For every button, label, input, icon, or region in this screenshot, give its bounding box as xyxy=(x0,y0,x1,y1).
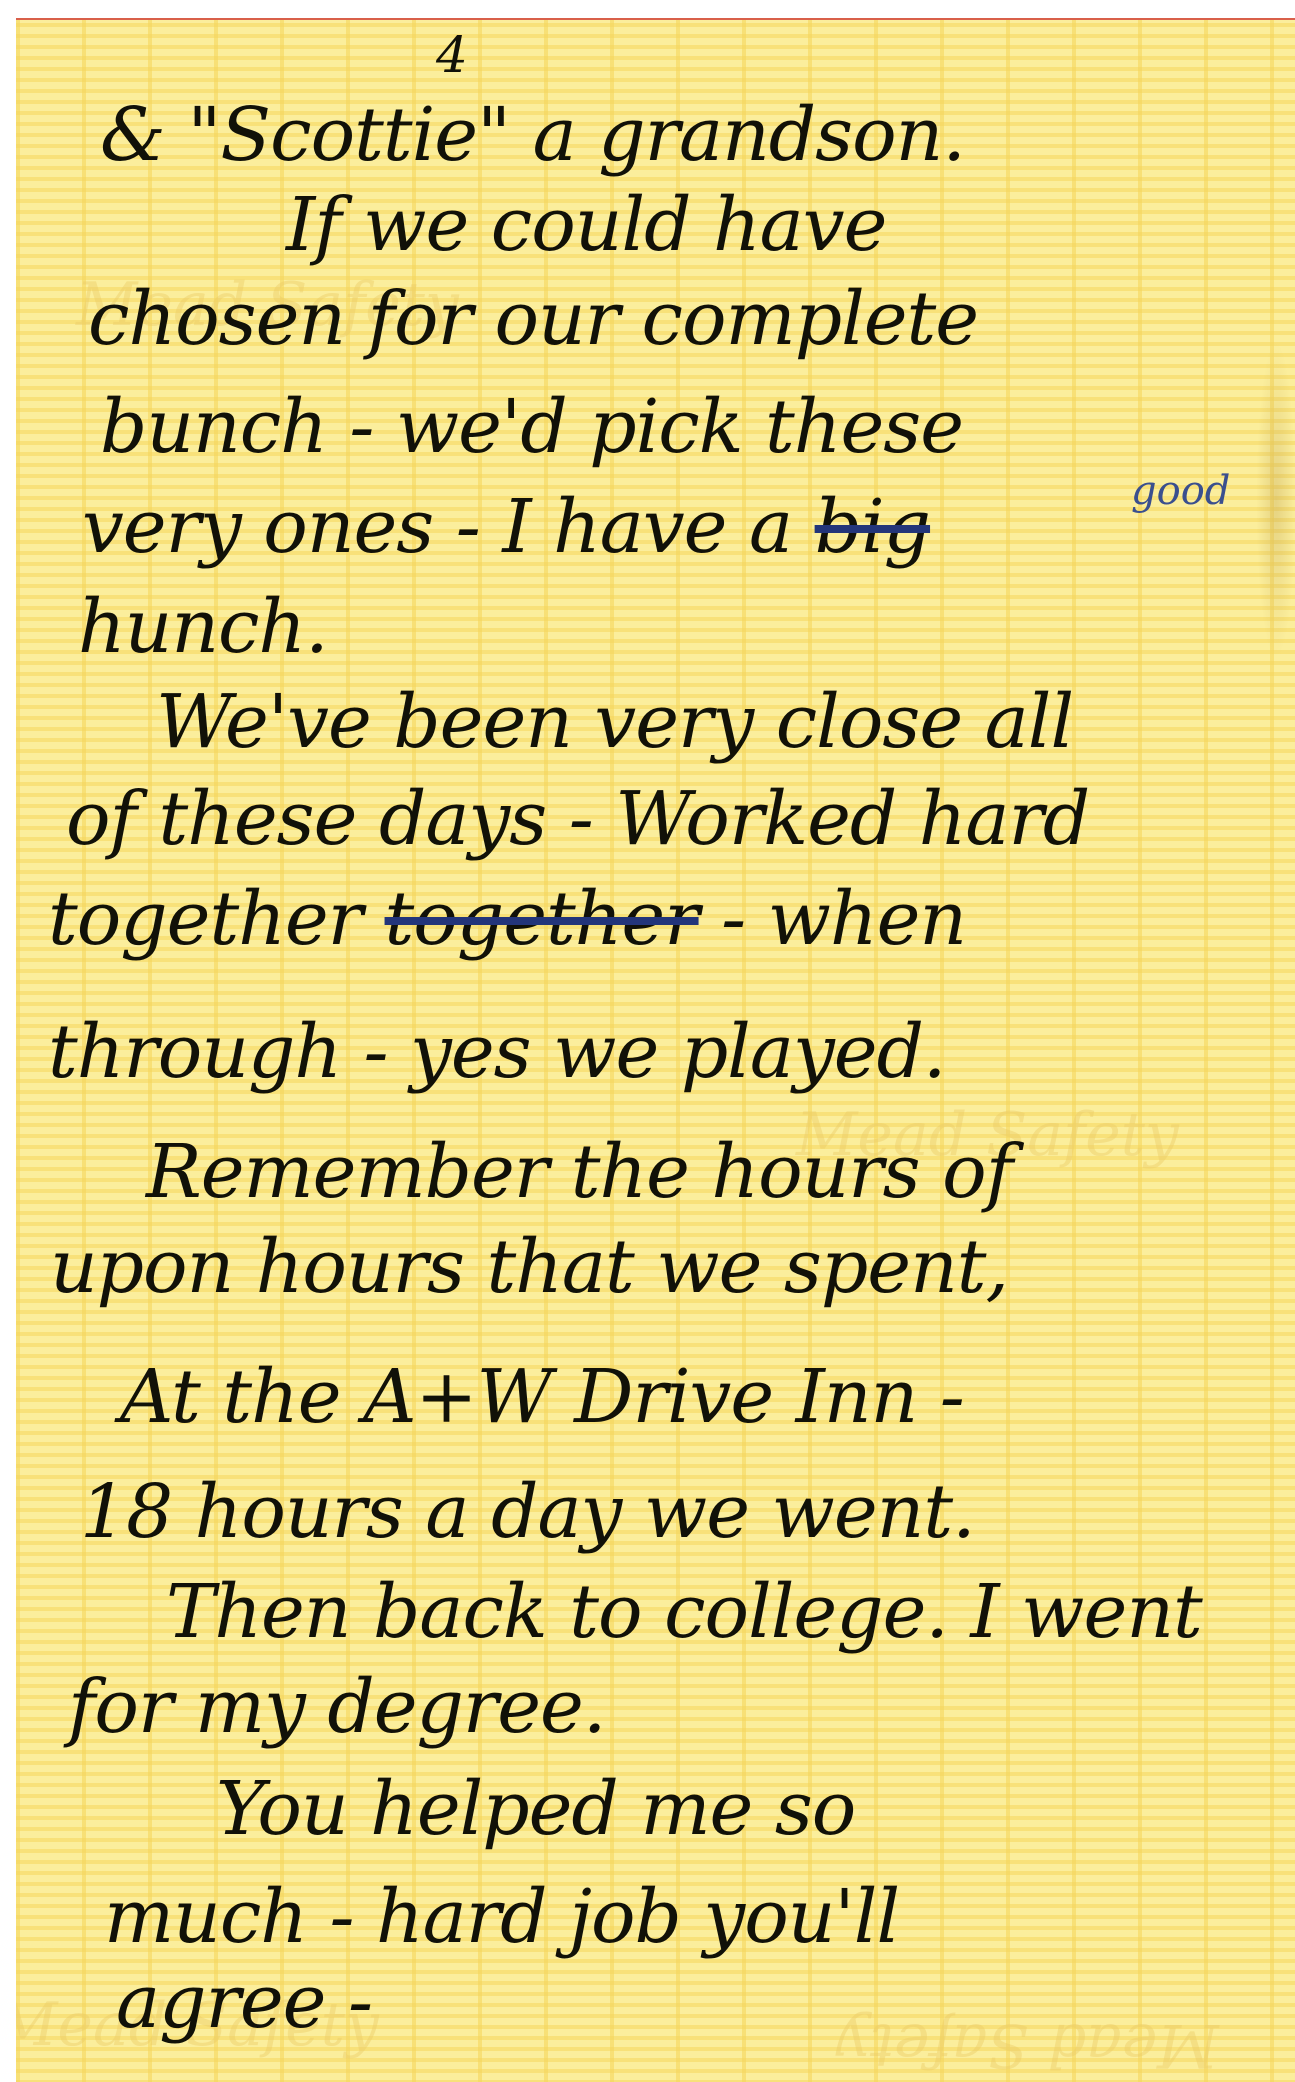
line-text: together xyxy=(48,876,385,962)
inserted-word: good xyxy=(1131,468,1230,514)
letter-line-6: hunch. xyxy=(78,590,328,664)
letter-line-16: for my degree. xyxy=(68,1670,605,1744)
note-card: Mead Safety Mead Safety Mead Safety Mead… xyxy=(16,18,1295,2082)
line-text: - when xyxy=(699,876,967,962)
letter-line-8: of these days - Worked hard xyxy=(66,782,1089,856)
struck-word: big xyxy=(815,484,930,570)
letter-line-11: Remember the hours of xyxy=(146,1135,1012,1209)
letter-line-5: very ones - I have a big xyxy=(82,490,930,564)
letter-line-2: If we could have xyxy=(286,188,886,262)
letter-line-18: much - hard job you'll xyxy=(104,1880,899,1954)
line-text: very ones - I have a xyxy=(82,484,815,570)
letter-line-3: chosen for our complete xyxy=(88,282,978,356)
letter-line-14: 18 hours a day we went. xyxy=(80,1475,975,1549)
letter-line-12: upon hours that we spent, xyxy=(50,1230,1008,1304)
letter-line-1: & "Scottie" a grandson. xyxy=(100,98,965,172)
struck-word: together xyxy=(385,876,699,962)
letter-line-7: We've been very close all xyxy=(156,685,1073,759)
letter-line-17: You helped me so xyxy=(216,1772,855,1846)
letter-line-4: bunch - we'd pick these xyxy=(100,390,963,464)
watermark: Mead Safety xyxy=(836,2010,1219,2080)
paper-smudge xyxy=(1256,340,1295,660)
letter-line-10: through - yes we played. xyxy=(48,1015,945,1089)
letter-line-9: together together - when xyxy=(48,882,966,956)
letter-line-19: agree - xyxy=(116,1965,372,2039)
letter-line-13: At the A+W Drive Inn - xyxy=(120,1360,964,1434)
letter-line-15: Then back to college. I went xyxy=(166,1575,1202,1649)
page-number: 4 xyxy=(436,30,467,80)
